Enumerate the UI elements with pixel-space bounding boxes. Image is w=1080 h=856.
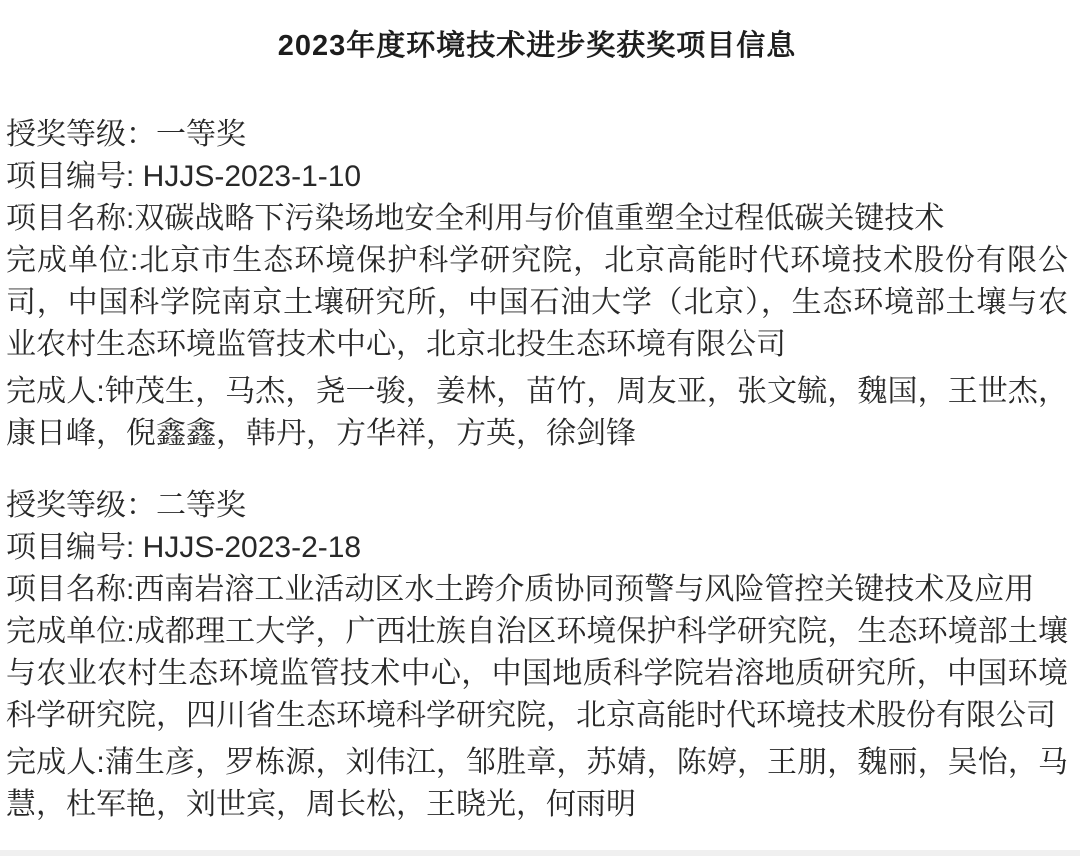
page-bottom-edge	[0, 850, 1080, 856]
project-name-line: 项目名称:西南岩溶工业活动区水土跨介质协同预警与风险管控关键技术及应用	[6, 569, 1068, 611]
completing-units-line: 完成单位:北京市生态环境保护科学研究院，北京高能时代环境技术股份有限公司，中国科…	[6, 240, 1068, 366]
award-grade-line: 授奖等级：一等奖	[6, 114, 1068, 156]
completing-units-line: 完成单位:成都理工大学，广西壮族自治区环境保护科学研究院，生态环境部土壤与农业农…	[6, 611, 1068, 737]
award-document: 2023年度环境技术进步奖获奖项目信息 授奖等级：一等奖 项目编号: HJJS-…	[0, 0, 1080, 826]
document-title: 2023年度环境技术进步奖获奖项目信息	[6, 26, 1068, 66]
project-code-line: 项目编号: HJJS-2023-1-10	[6, 156, 1068, 198]
award-grade-line: 授奖等级：二等奖	[6, 485, 1068, 527]
completing-people-line: 完成人:钟茂生，马杰，尧一骏，姜林，苗竹，周友亚，张文毓，魏国，王世杰，康日峰，…	[6, 371, 1068, 455]
award-section-first-prize: 授奖等级：一等奖 项目编号: HJJS-2023-1-10 项目名称:双碳战略下…	[6, 114, 1068, 455]
completing-people-line: 完成人:蒲生彦，罗栋源，刘伟江，邹胜章，苏婧，陈婷，王朋，魏丽，吴怡，马慧，杜军…	[6, 742, 1068, 826]
award-section-second-prize: 授奖等级：二等奖 项目编号: HJJS-2023-2-18 项目名称:西南岩溶工…	[6, 485, 1068, 826]
project-name-line: 项目名称:双碳战略下污染场地安全利用与价值重塑全过程低碳关键技术	[6, 198, 1068, 240]
project-code-line: 项目编号: HJJS-2023-2-18	[6, 527, 1068, 569]
